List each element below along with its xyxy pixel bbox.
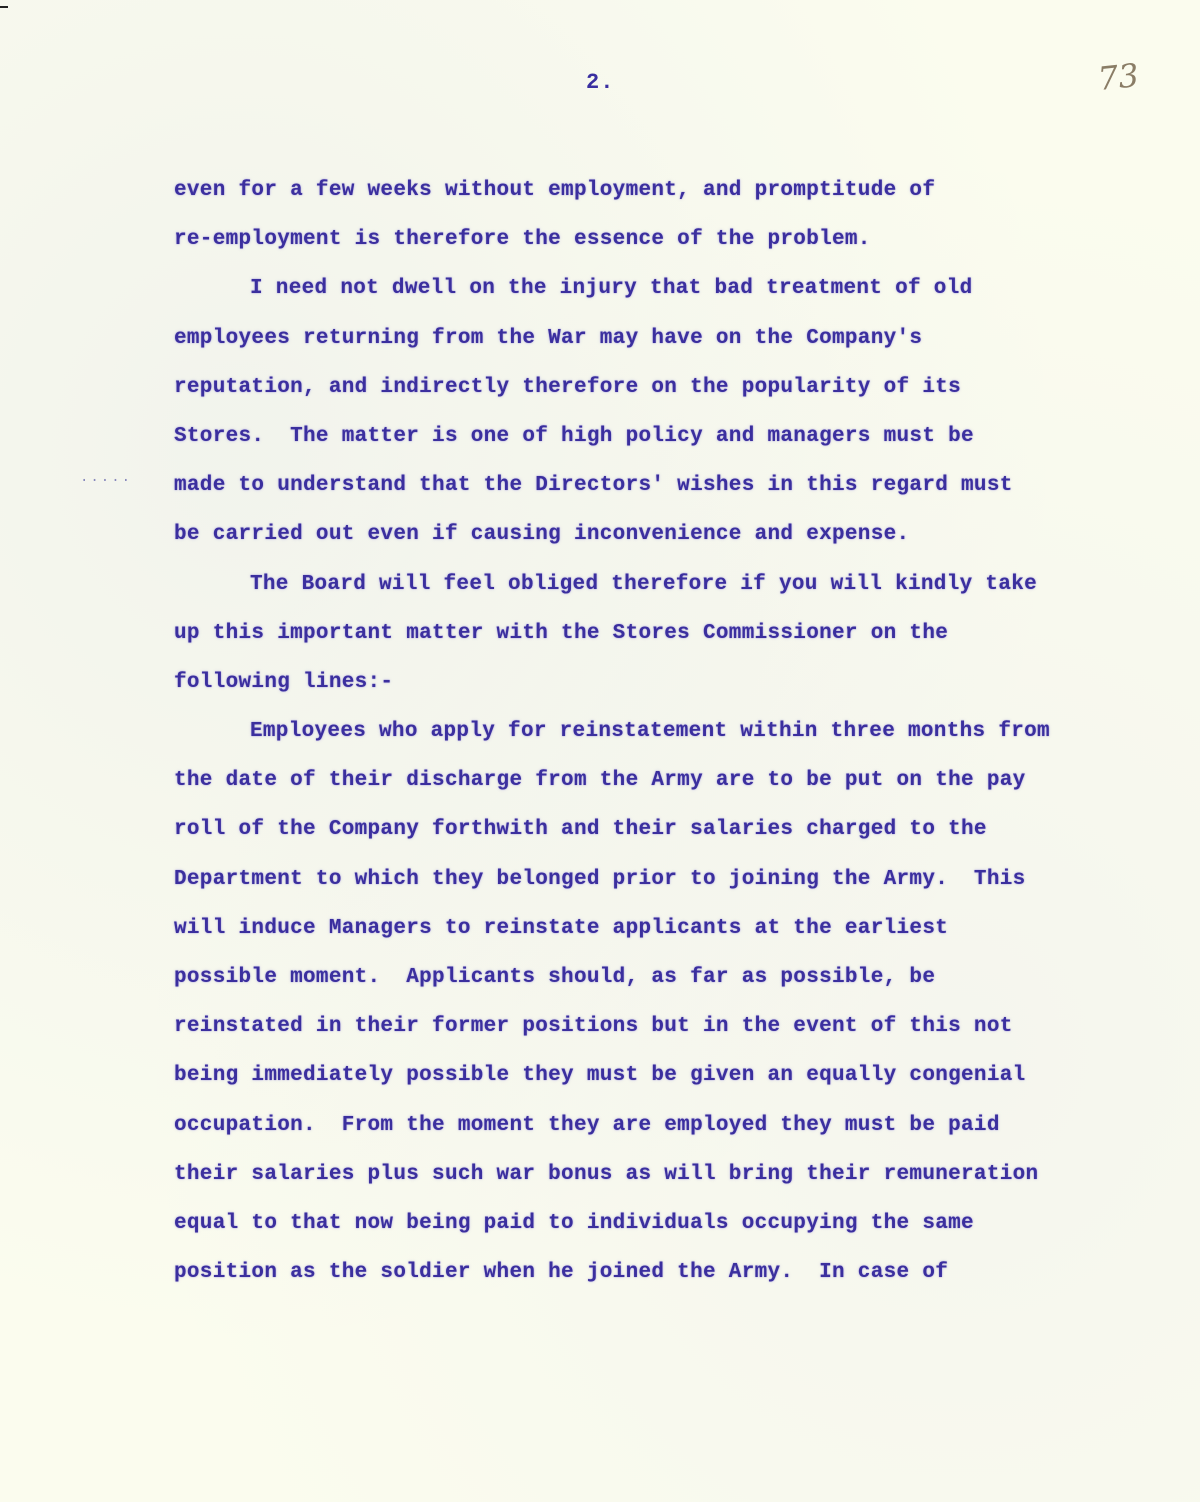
text-line: equal to that now being paid to individu… [174,1199,1184,1248]
text-line: roll of the Company forthwith and their … [174,805,1184,854]
page-number: 2. [586,70,614,95]
text-line: possible moment. Applicants should, as f… [174,953,1184,1002]
text-line: up this important matter with the Stores… [174,609,1184,658]
text-line: reputation, and indirectly therefore on … [174,363,1184,412]
text-line: employees returning from the War may hav… [174,314,1184,363]
text-line: even for a few weeks without employment,… [174,166,1184,215]
text-line: Department to which they belonged prior … [174,855,1184,904]
document-body-text: even for a few weeks without employment,… [174,166,1184,1297]
text-line: re-employment is therefore the essence o… [174,215,1184,264]
text-line: the date of their discharge from the Arm… [174,756,1184,805]
text-line: be carried out even if causing inconveni… [174,510,1184,559]
document-page: 2. 73 ..... even for a few weeks without… [0,0,1200,1502]
text-line: being immediately possible they must be … [174,1051,1184,1100]
text-line: occupation. From the moment they are emp… [174,1101,1184,1150]
text-line: Employees who apply for reinstatement wi… [174,707,1184,756]
text-line: following lines:- [174,658,1184,707]
edge-mark [0,6,8,8]
text-line: The Board will feel obliged therefore if… [174,560,1184,609]
text-line: position as the soldier when he joined t… [174,1248,1184,1297]
handwritten-folio-number: 73 [1096,56,1140,98]
margin-dots: ..... [80,470,132,486]
text-line: made to understand that the Directors' w… [174,461,1184,510]
text-line: Stores. The matter is one of high policy… [174,412,1184,461]
text-line: reinstated in their former positions but… [174,1002,1184,1051]
text-line: will induce Managers to reinstate applic… [174,904,1184,953]
text-line: their salaries plus such war bonus as wi… [174,1150,1184,1199]
text-line: I need not dwell on the injury that bad … [174,264,1184,313]
